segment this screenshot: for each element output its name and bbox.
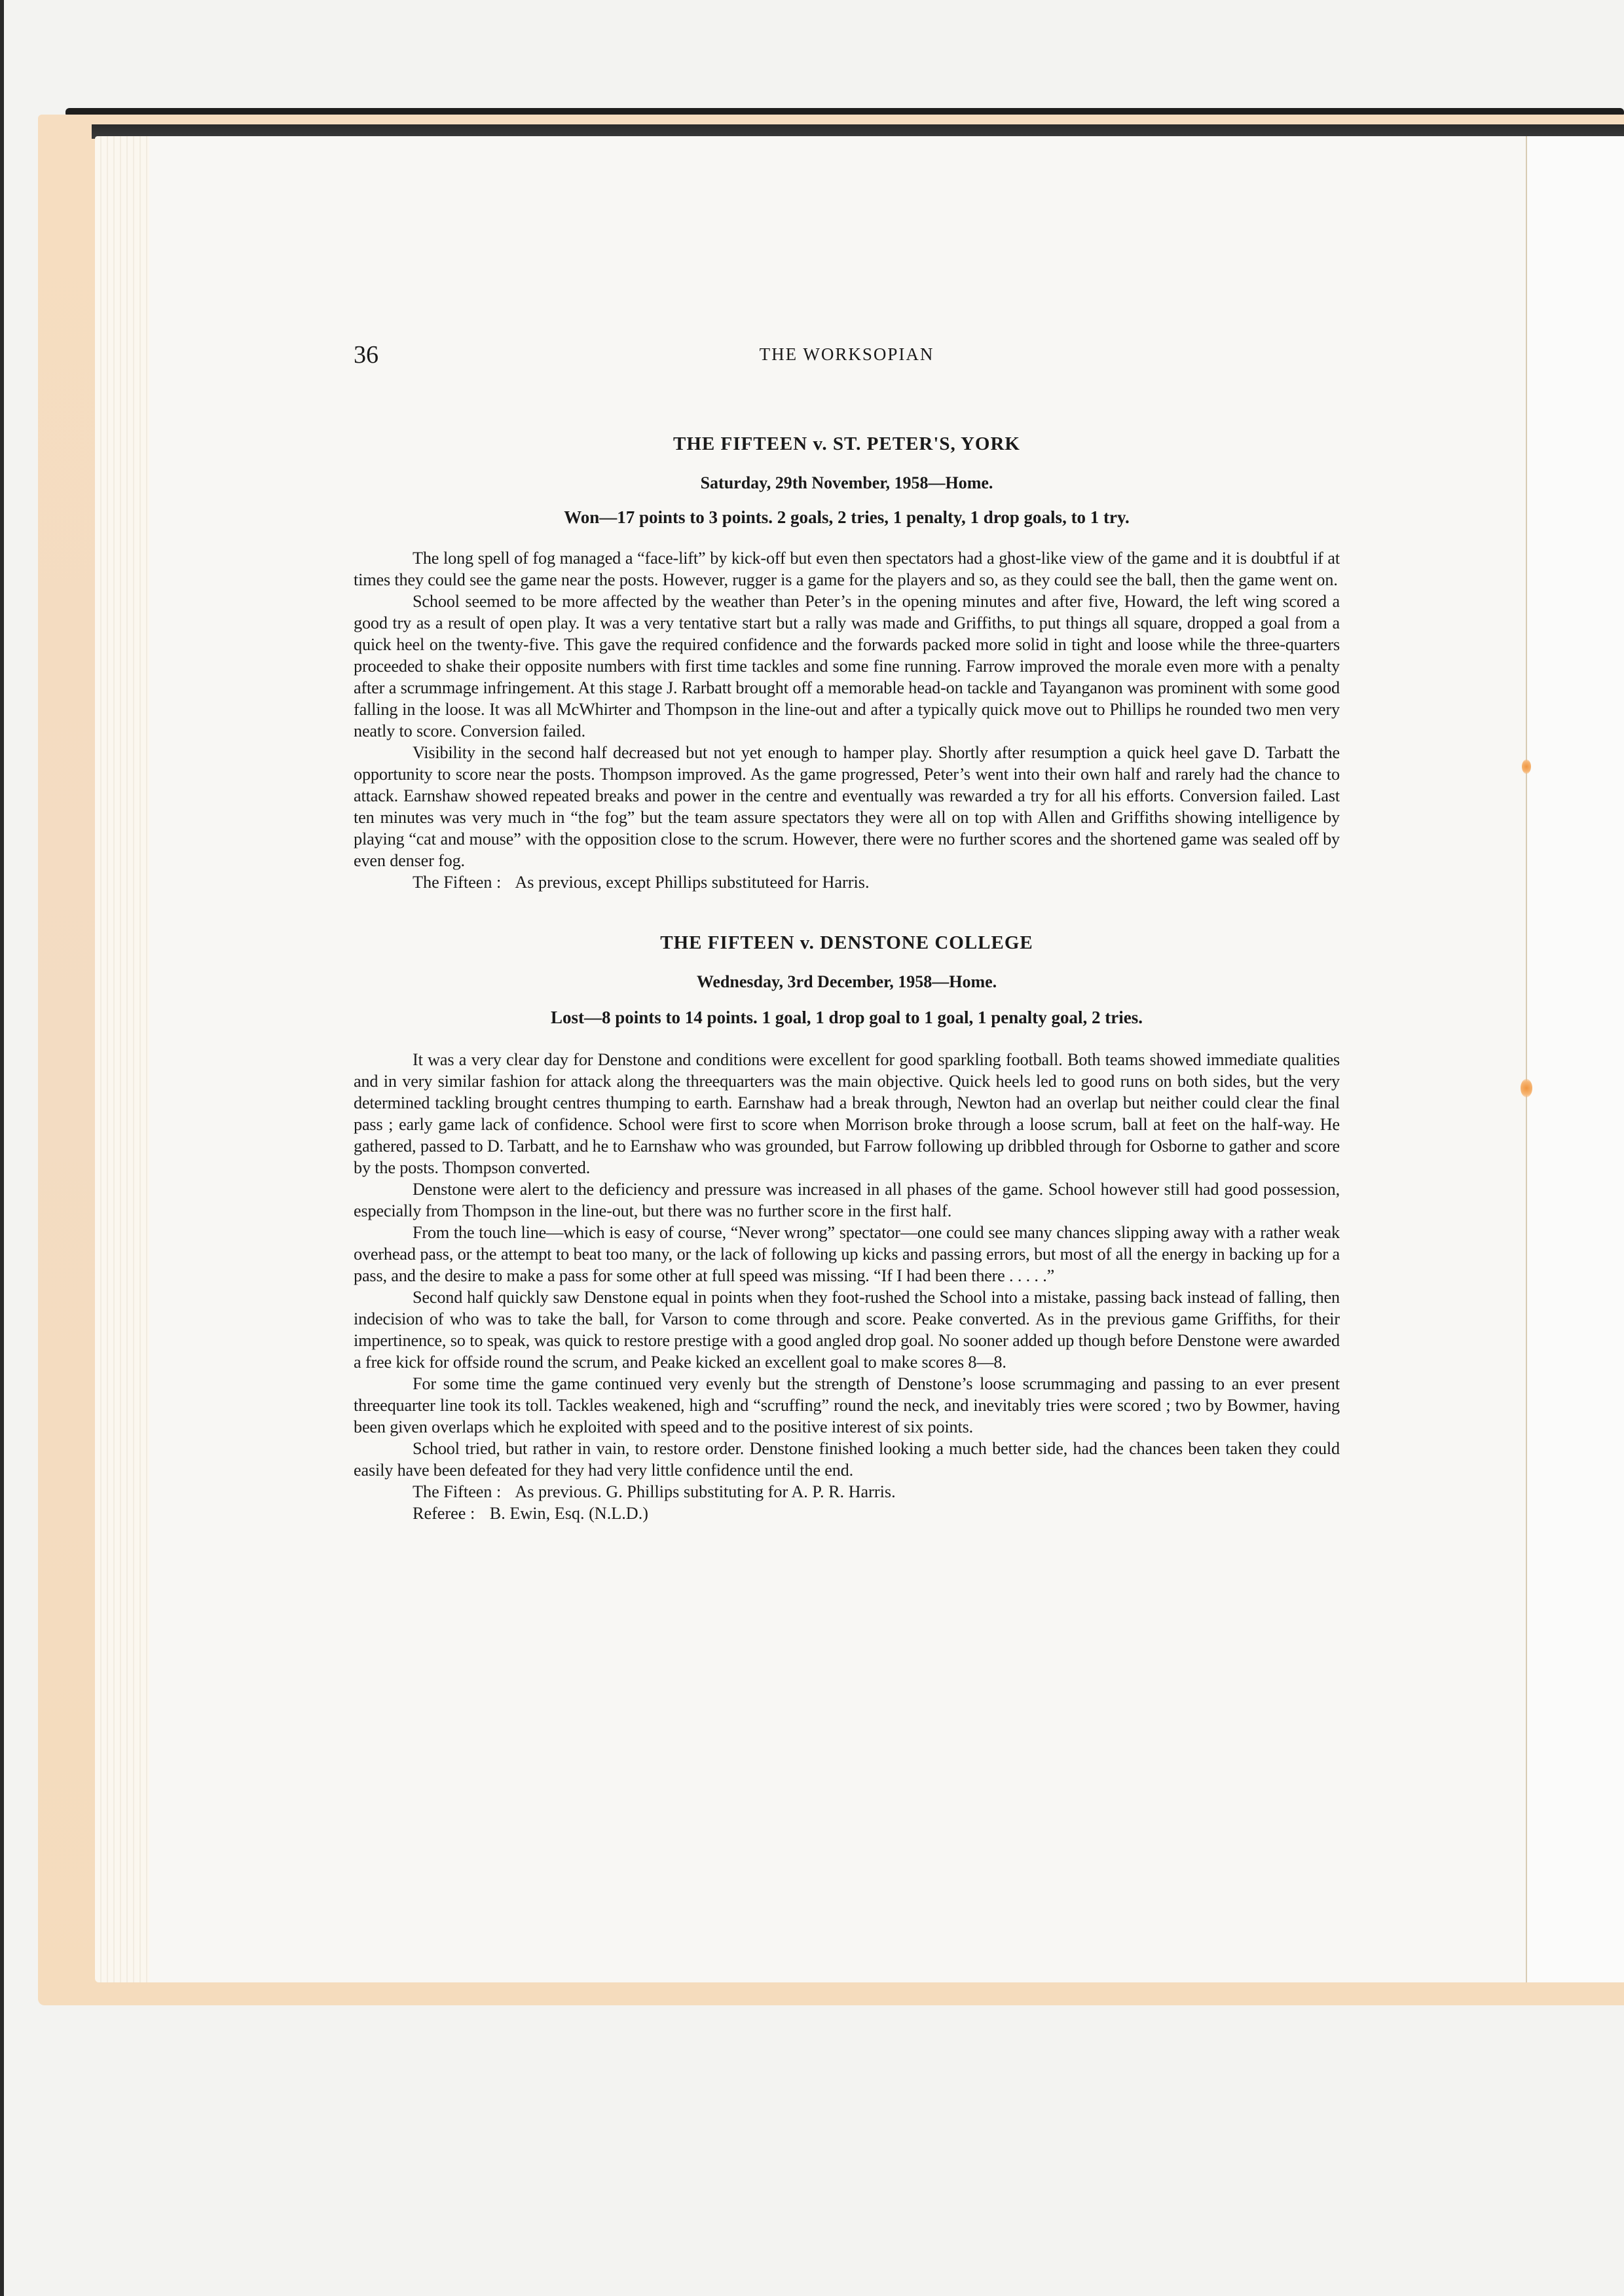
team-label: The Fifteen : xyxy=(413,1482,501,1501)
page-gutter xyxy=(1526,136,1527,1982)
match-title: THE FIFTEEN v. DENSTONE COLLEGE xyxy=(354,932,1340,954)
staple-mark-icon xyxy=(1522,759,1531,774)
match-result: Won—17 points to 3 points. 2 goals, 2 tr… xyxy=(354,507,1340,528)
team-line: The Fifteen : As previous. G. Phillips s… xyxy=(354,1481,1340,1503)
report-paragraph: Denstone were alert to the deficiency an… xyxy=(354,1178,1340,1222)
journal-title: THE WORKSOPIAN xyxy=(354,344,1340,365)
report-paragraph: From the touch line—which is easy of cou… xyxy=(354,1222,1340,1286)
staple-mark-icon xyxy=(1521,1079,1532,1097)
referee-text: B. Ewin, Esq. (N.L.D.) xyxy=(490,1504,648,1523)
report-paragraph: School seemed to be more affected by the… xyxy=(354,591,1340,742)
match-title: THE FIFTEEN v. ST. PETER'S, YORK xyxy=(354,433,1340,455)
team-line: The Fifteen : As previous, except Philli… xyxy=(354,871,1340,893)
referee-line: Referee : B. Ewin, Esq. (N.L.D.) xyxy=(354,1503,1340,1524)
team-text: As previous. G. Phillips substituting fo… xyxy=(515,1482,895,1501)
report-paragraph: School tried, but rather in vain, to res… xyxy=(354,1438,1340,1481)
scanner-edge xyxy=(0,0,4,2296)
report-paragraph: The long spell of fog managed a “face-li… xyxy=(354,547,1340,591)
text-column: 36 THE WORKSOPIAN THE FIFTEEN v. ST. PET… xyxy=(354,340,1340,1524)
match-date: Saturday, 29th November, 1958—Home. xyxy=(354,473,1340,493)
team-text: As previous, except Phillips substitutee… xyxy=(515,873,869,892)
match-result: Lost—8 points to 14 points. 1 goal, 1 dr… xyxy=(354,1008,1340,1028)
report-paragraph: It was a very clear day for Denstone and… xyxy=(354,1049,1340,1178)
team-label: The Fifteen : xyxy=(413,873,501,892)
running-head: 36 THE WORKSOPIAN xyxy=(354,340,1340,373)
match-report-st-peters: THE FIFTEEN v. ST. PETER'S, YORK Saturda… xyxy=(354,433,1340,893)
referee-label: Referee : xyxy=(413,1504,475,1523)
report-paragraph: For some time the game continued very ev… xyxy=(354,1373,1340,1438)
facing-page-edge xyxy=(1527,136,1624,1982)
page-edges xyxy=(95,136,151,1982)
match-date: Wednesday, 3rd December, 1958—Home. xyxy=(354,972,1340,992)
report-paragraph: Second half quickly saw Denstone equal i… xyxy=(354,1286,1340,1373)
match-report-denstone: THE FIFTEEN v. DENSTONE COLLEGE Wednesda… xyxy=(354,932,1340,1524)
report-paragraph: Visibility in the second half decreased … xyxy=(354,742,1340,871)
